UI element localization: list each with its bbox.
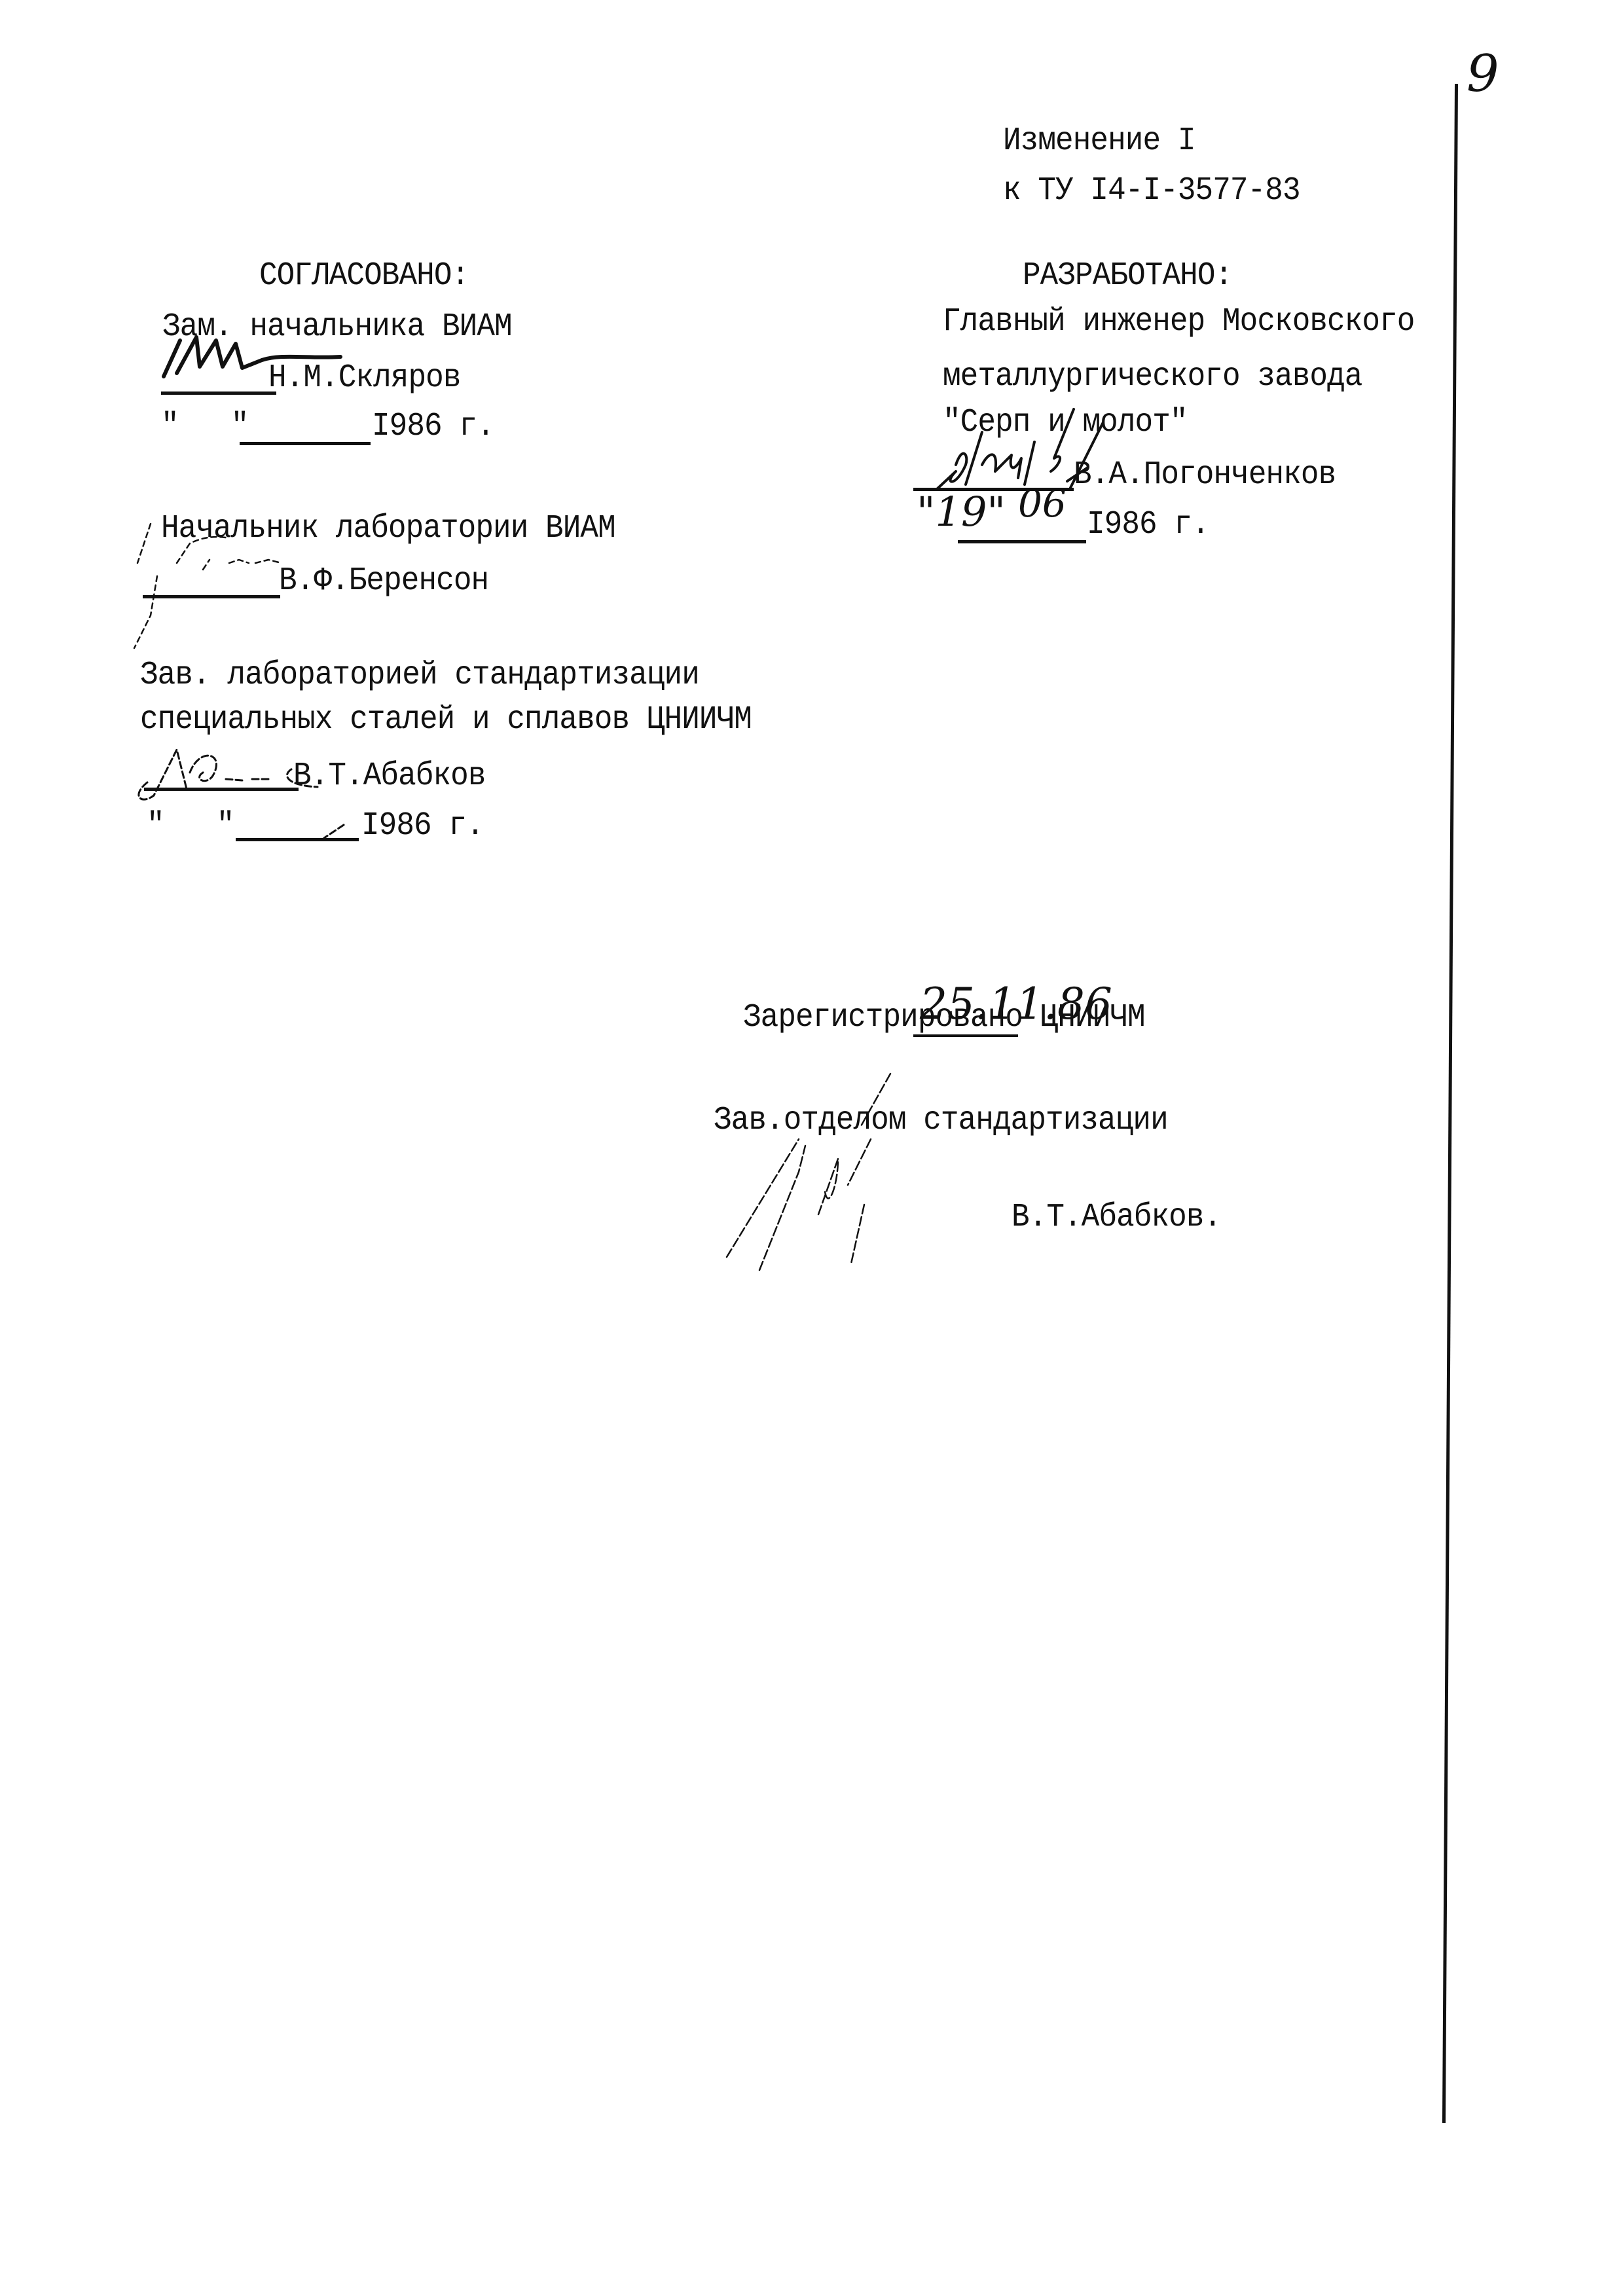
signatory-1-name: Н.М.Скляров: [268, 359, 461, 398]
date-1-line: [240, 442, 371, 445]
change-label: Изменение I: [1003, 122, 1195, 161]
signatory-1-date-year: I986 г.: [372, 407, 494, 446]
date-4-line: [958, 540, 1086, 543]
developed-position-line-2: металлургического завода: [943, 357, 1362, 397]
developed-date-month: 06: [1018, 481, 1067, 526]
signatory-3-date-year: I986 г.: [361, 807, 484, 846]
developed-date-year: I986 г.: [1087, 505, 1209, 545]
spec-reference: к ТУ I4-I-3577-83: [1003, 172, 1300, 211]
department-name: В.Т.Абабков.: [1012, 1198, 1221, 1237]
signatory-3-date-quotes: " ": [147, 807, 234, 846]
signatory-1-date-quotes: " ": [161, 407, 248, 446]
signatory-3-position-line-1: Зав. лабораторией стандартизации: [140, 656, 699, 695]
registration-date: 25.11.86: [920, 979, 1112, 1029]
margin-rule: [1442, 84, 1458, 2123]
signature-1-line: [161, 392, 276, 395]
agreed-heading: СОГЛАСОВАНО:: [259, 257, 469, 296]
developed-position-line-1: Главный инженер Московского: [943, 302, 1414, 342]
signatory-2-name: В.Ф.Беренсон: [279, 562, 488, 601]
signature-5-icon: [720, 1074, 917, 1270]
developed-name: В.А.Погонченков: [1074, 456, 1336, 495]
signature-3-line: [144, 788, 299, 791]
page-number: 9: [1467, 45, 1499, 103]
developed-date-day: "19": [917, 488, 1006, 536]
date-3-line: [236, 838, 359, 841]
signatory-3-name: В.Т.Абабков: [293, 757, 486, 796]
registration-date-line: [913, 1034, 1018, 1037]
signature-2-line: [143, 595, 280, 598]
developed-heading: РАЗРАБОТАНО:: [1023, 257, 1232, 296]
